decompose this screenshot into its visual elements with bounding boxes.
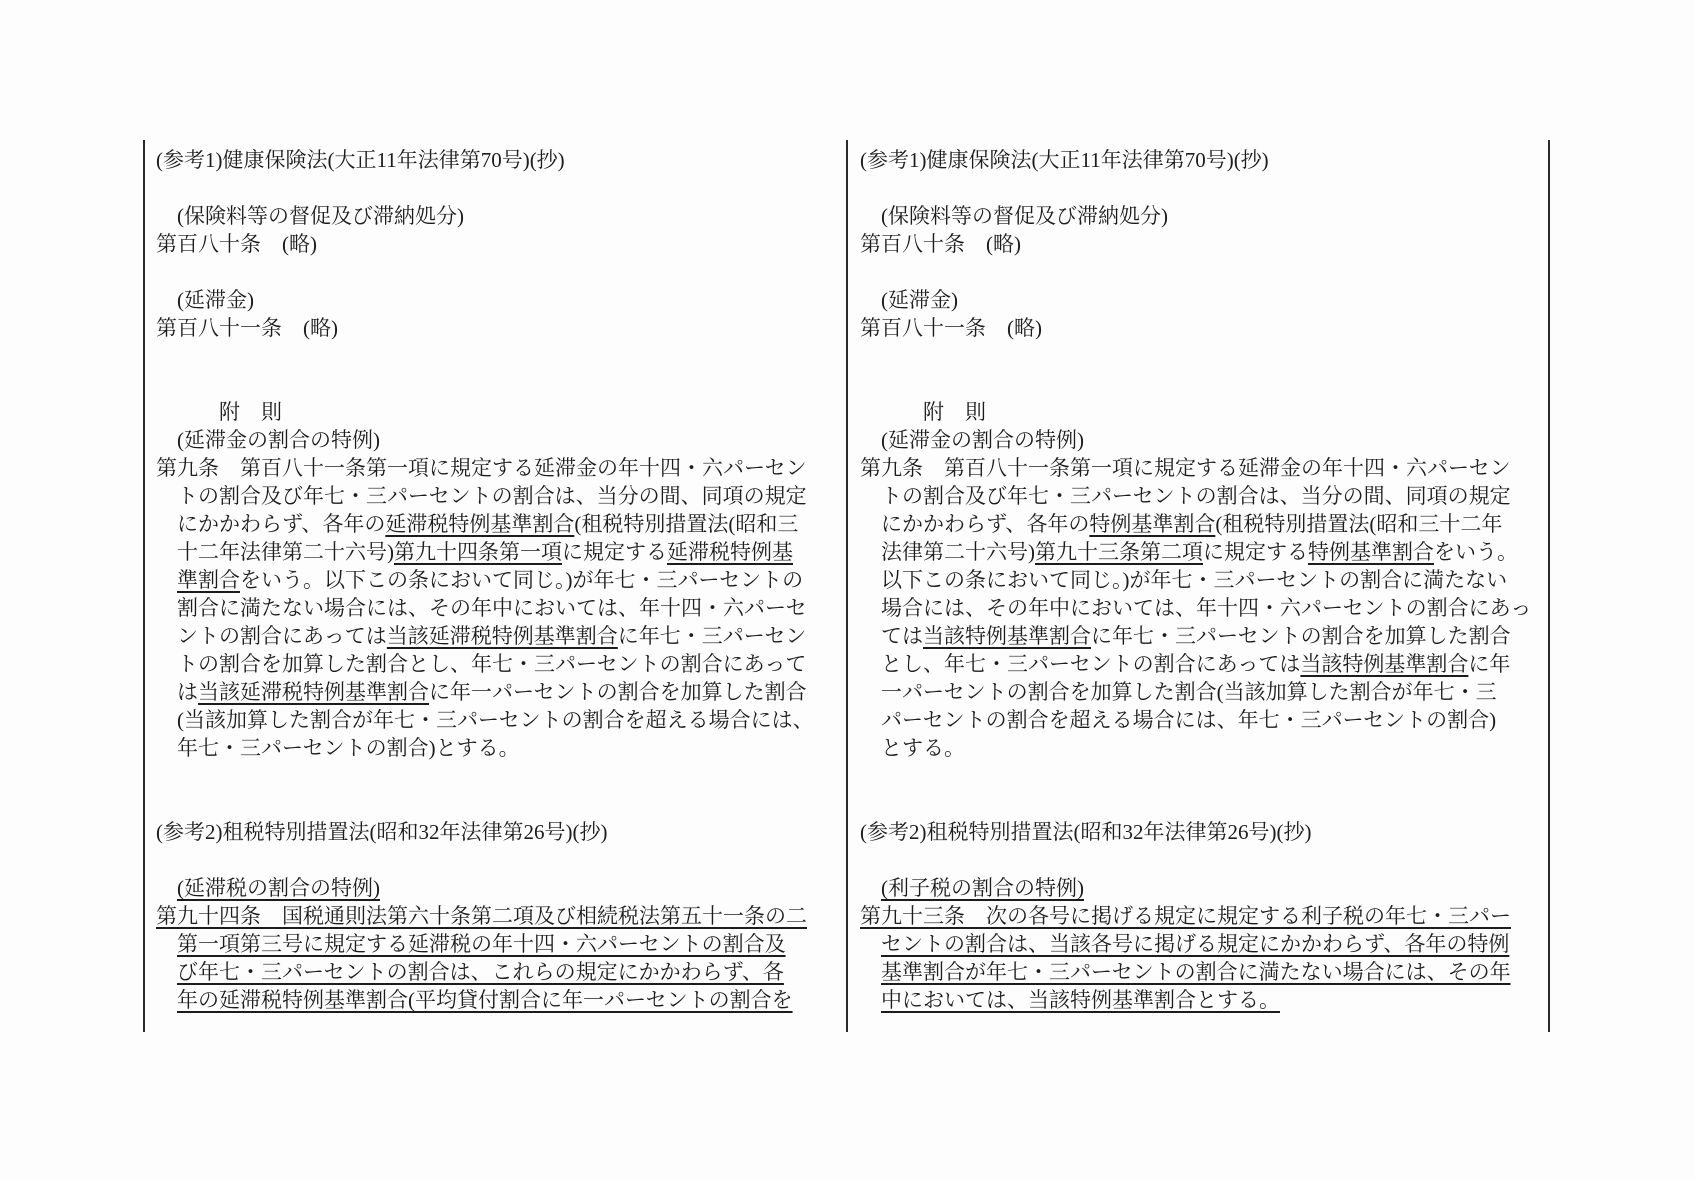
underlined-text-run: び年七・三パーセントの割合は、これらの規定にかかわらず、各 xyxy=(177,960,784,984)
text-line: にかかわらず、各年の特例基準割合(租税特別措置法(昭和三十二年 xyxy=(860,510,1552,538)
text-run: (延滞金) xyxy=(881,288,958,312)
underlined-text-run: 特例基準割合 xyxy=(1089,512,1215,536)
text-line: にかかわらず、各年の延滞税特例基準割合(租税特別措置法(昭和三 xyxy=(156,510,848,538)
text-run: 第百八十条 (略) xyxy=(156,232,317,256)
text-run: 第百八十条 (略) xyxy=(860,232,1021,256)
text-line: (参考2)租税特別措置法(昭和32年法律第26号)(抄) xyxy=(156,818,848,846)
text-run: (延滞金の割合の特例) xyxy=(881,428,1084,452)
text-run: 第九条 第百八十一条第一項に規定する延滞金の年十四・六パーセン xyxy=(156,456,807,480)
text-run: 附 則 xyxy=(923,400,986,424)
text-line: 一パーセントの割合を加算した割合(当該加算した割合が年七・三 xyxy=(860,678,1552,706)
text-run: は xyxy=(177,680,198,704)
text-line: 附 則 xyxy=(156,398,848,426)
blank-line xyxy=(860,174,1552,202)
text-line: 年の延滞税特例基準割合(平均貸付割合に年一パーセントの割合を xyxy=(156,986,848,1014)
text-run: (参考1)健康保険法(大正11年法律第70号)(抄) xyxy=(860,148,1269,172)
underlined-text-run: 第九十三条 次の各号に掲げる規定に規定する利子税の年七・三パー xyxy=(860,904,1511,928)
blank-line xyxy=(156,762,848,790)
text-line: 第百八十条 (略) xyxy=(156,230,848,258)
text-line: 第百八十一条 (略) xyxy=(156,314,848,342)
text-line: 以下この条において同じ。)が年七・三パーセントの割合に満たない xyxy=(860,566,1552,594)
text-line: 第百八十一条 (略) xyxy=(860,314,1552,342)
text-run: に年一パーセントの割合を加算した割合 xyxy=(429,680,807,704)
underlined-text-run: 特例基準割合 xyxy=(1308,540,1434,564)
blank-line xyxy=(156,258,848,286)
text-line: (当該加算した割合が年七・三パーセントの割合を超える場合には、 xyxy=(156,706,848,734)
text-line: (利子税の割合の特例) xyxy=(860,874,1552,902)
blank-line xyxy=(860,342,1552,370)
blank-line xyxy=(156,370,848,398)
text-run: に年七・三パーセン xyxy=(618,624,807,648)
text-line: 基準割合が年七・三パーセントの割合に満たない場合には、その年 xyxy=(860,958,1552,986)
text-line: ては当該特例基準割合に年七・三パーセントの割合を加算した割合 xyxy=(860,622,1552,650)
text-run: 年七・三パーセントの割合)とする。 xyxy=(177,736,520,760)
text-line: 第九条 第百八十一条第一項に規定する延滞金の年十四・六パーセン xyxy=(156,454,848,482)
text-line: (保険料等の督促及び滞納処分) xyxy=(860,202,1552,230)
text-line: は当該延滞税特例基準割合に年一パーセントの割合を加算した割合 xyxy=(156,678,848,706)
text-run: (当該加算した割合が年七・三パーセントの割合を超える場合には、 xyxy=(177,708,814,732)
text-run: (延滞金の割合の特例) xyxy=(177,428,380,452)
text-run: 場合には、その年中においては、年十四・六パーセントの割合にあっ xyxy=(881,596,1531,620)
blank-line xyxy=(860,846,1552,874)
underlined-text-run: 当該延滞税特例基準割合 xyxy=(387,624,618,648)
text-line: とし、年七・三パーセントの割合にあっては当該特例基準割合に年 xyxy=(860,650,1552,678)
underlined-text-run: (利子税の割合の特例) xyxy=(881,876,1084,900)
text-line: パーセントの割合を超える場合には、年七・三パーセントの割合) xyxy=(860,706,1552,734)
text-line: 第九十四条 国税通則法第六十条第二項及び相続税法第五十一条の二 xyxy=(156,902,848,930)
text-run: とする。 xyxy=(881,736,965,760)
vertical-rule-left xyxy=(143,140,145,1032)
text-run: にかかわらず、各年の xyxy=(177,512,385,536)
underlined-text-run: 第九十四条第一項 xyxy=(394,540,562,564)
text-run: トの割合及び年七・三パーセントの割合は、当分の間、同項の規定 xyxy=(177,484,807,508)
text-run: 十二年法律第二十六号) xyxy=(177,540,394,564)
blank-line xyxy=(860,258,1552,286)
text-run: (参考2)租税特別措置法(昭和32年法律第26号)(抄) xyxy=(156,820,607,844)
text-run: に規定する xyxy=(1203,540,1308,564)
text-run: (保険料等の督促及び滞納処分) xyxy=(177,204,464,228)
blank-line xyxy=(156,846,848,874)
text-line: (参考2)租税特別措置法(昭和32年法律第26号)(抄) xyxy=(860,818,1552,846)
underlined-text-run: 準割合 xyxy=(177,568,240,592)
blank-line xyxy=(156,174,848,202)
column-left-amended: (参考1)健康保険法(大正11年法律第70号)(抄)(保険料等の督促及び滞納処分… xyxy=(156,146,848,1014)
text-run: 第百八十一条 (略) xyxy=(860,316,1042,340)
text-line: (延滞金) xyxy=(860,286,1552,314)
text-line: 場合には、その年中においては、年十四・六パーセントの割合にあっ xyxy=(860,594,1552,622)
text-run: 附 則 xyxy=(219,400,282,424)
text-line: 第一項第三号に規定する延滞税の年十四・六パーセントの割合及 xyxy=(156,930,848,958)
text-line: セントの割合は、当該各号に掲げる規定にかかわらず、各年の特例 xyxy=(860,930,1552,958)
text-run: トの割合及び年七・三パーセントの割合は、当分の間、同項の規定 xyxy=(881,484,1511,508)
text-run: トの割合を加算した割合とし、年七・三パーセントの割合にあって xyxy=(177,652,806,676)
underlined-text-run: セントの割合は、当該各号に掲げる規定にかかわらず、各年の特例 xyxy=(881,932,1509,956)
text-run: (参考1)健康保険法(大正11年法律第70号)(抄) xyxy=(156,148,565,172)
blank-line xyxy=(860,370,1552,398)
blank-line xyxy=(156,342,848,370)
text-line: び年七・三パーセントの割合は、これらの規定にかかわらず、各 xyxy=(156,958,848,986)
text-line: (延滞金の割合の特例) xyxy=(156,426,848,454)
text-line: 年七・三パーセントの割合)とする。 xyxy=(156,734,848,762)
text-run: 法律第二十六号) xyxy=(881,540,1035,564)
blank-line xyxy=(860,762,1552,790)
underlined-text-run: 第一項第三号に規定する延滞税の年十四・六パーセントの割合及 xyxy=(177,932,786,956)
underlined-text-run: 第九十四条 国税通則法第六十条第二項及び相続税法第五十一条の二 xyxy=(156,904,807,928)
underlined-text-run: 年の延滞税特例基準割合(平均貸付割合に年一パーセントの割合を xyxy=(177,988,793,1012)
text-run: ントの割合にあっては xyxy=(177,624,387,648)
text-line: 十二年法律第二十六号)第九十四条第一項に規定する延滞税特例基 xyxy=(156,538,848,566)
text-run: 第九条 第百八十一条第一項に規定する延滞金の年十四・六パーセン xyxy=(860,456,1511,480)
text-run: をいう。 xyxy=(1434,540,1518,564)
text-run: (保険料等の督促及び滞納処分) xyxy=(881,204,1168,228)
text-line: トの割合及び年七・三パーセントの割合は、当分の間、同項の規定 xyxy=(860,482,1552,510)
text-run: にかかわらず、各年の xyxy=(881,512,1089,536)
text-line: 第百八十条 (略) xyxy=(860,230,1552,258)
text-run: に規定する xyxy=(562,540,667,564)
text-line: とする。 xyxy=(860,734,1552,762)
text-run: に年 xyxy=(1468,652,1510,676)
text-line: 第九十三条 次の各号に掲げる規定に規定する利子税の年七・三パー xyxy=(860,902,1552,930)
text-run: パーセントの割合を超える場合には、年七・三パーセントの割合) xyxy=(881,708,1496,732)
text-line: ントの割合にあっては当該延滞税特例基準割合に年七・三パーセン xyxy=(156,622,848,650)
underlined-text-run: 中においては、当該特例基準割合とする。 xyxy=(881,988,1280,1012)
text-line: 法律第二十六号)第九十三条第二項に規定する特例基準割合をいう。 xyxy=(860,538,1552,566)
text-line: 附 則 xyxy=(860,398,1552,426)
column-right-current: (参考1)健康保険法(大正11年法律第70号)(抄)(保険料等の督促及び滞納処分… xyxy=(860,146,1552,1014)
text-line: (保険料等の督促及び滞納処分) xyxy=(156,202,848,230)
text-line: 中においては、当該特例基準割合とする。 xyxy=(860,986,1552,1014)
underlined-text-run: (延滞税の割合の特例) xyxy=(177,876,380,900)
text-run: 一パーセントの割合を加算した割合(当該加算した割合が年七・三 xyxy=(881,680,1497,704)
text-run: (租税特別措置法(昭和三 xyxy=(574,512,798,536)
text-run: とし、年七・三パーセントの割合にあっては xyxy=(881,652,1300,676)
text-line: (延滞金の割合の特例) xyxy=(860,426,1552,454)
blank-line xyxy=(860,790,1552,818)
text-line: (参考1)健康保険法(大正11年法律第70号)(抄) xyxy=(860,146,1552,174)
text-line: (延滞金) xyxy=(156,286,848,314)
text-run: 以下この条において同じ。)が年七・三パーセントの割合に満たない xyxy=(881,568,1507,592)
text-line: 割合に満たない場合には、その年中においては、年十四・六パーセ xyxy=(156,594,848,622)
text-line: 準割合をいう。以下この条において同じ。)が年七・三パーセントの xyxy=(156,566,848,594)
underlined-text-run: 当該延滞税特例基準割合 xyxy=(198,680,429,704)
underlined-text-run: 延滞税特例基 xyxy=(667,540,793,564)
document-page: (参考1)健康保険法(大正11年法律第70号)(抄)(保険料等の督促及び滞納処分… xyxy=(0,0,1695,1181)
text-run: 割合に満たない場合には、その年中においては、年十四・六パーセ xyxy=(177,596,807,620)
blank-line xyxy=(156,790,848,818)
underlined-text-run: 当該特例基準割合 xyxy=(1300,652,1468,676)
text-run: 第百八十一条 (略) xyxy=(156,316,338,340)
text-run: ては xyxy=(881,624,923,648)
text-run: (租税特別措置法(昭和三十二年 xyxy=(1215,512,1502,536)
text-line: (参考1)健康保険法(大正11年法律第70号)(抄) xyxy=(156,146,848,174)
text-line: トの割合を加算した割合とし、年七・三パーセントの割合にあって xyxy=(156,650,848,678)
text-line: トの割合及び年七・三パーセントの割合は、当分の間、同項の規定 xyxy=(156,482,848,510)
underlined-text-run: 第九十三条第二項 xyxy=(1035,540,1203,564)
text-line: 第九条 第百八十一条第一項に規定する延滞金の年十四・六パーセン xyxy=(860,454,1552,482)
text-line: (延滞税の割合の特例) xyxy=(156,874,848,902)
underlined-text-run: 基準割合が年七・三パーセントの割合に満たない場合には、その年 xyxy=(881,960,1511,984)
text-run: (参考2)租税特別措置法(昭和32年法律第26号)(抄) xyxy=(860,820,1311,844)
text-run: に年七・三パーセントの割合を加算した割合 xyxy=(1091,624,1511,648)
underlined-text-run: 当該特例基準割合 xyxy=(923,624,1091,648)
underlined-text-run: 延滞税特例基準割合 xyxy=(385,512,574,536)
text-run: をいう。以下この条において同じ。)が年七・三パーセントの xyxy=(240,568,803,592)
text-run: (延滞金) xyxy=(177,288,254,312)
